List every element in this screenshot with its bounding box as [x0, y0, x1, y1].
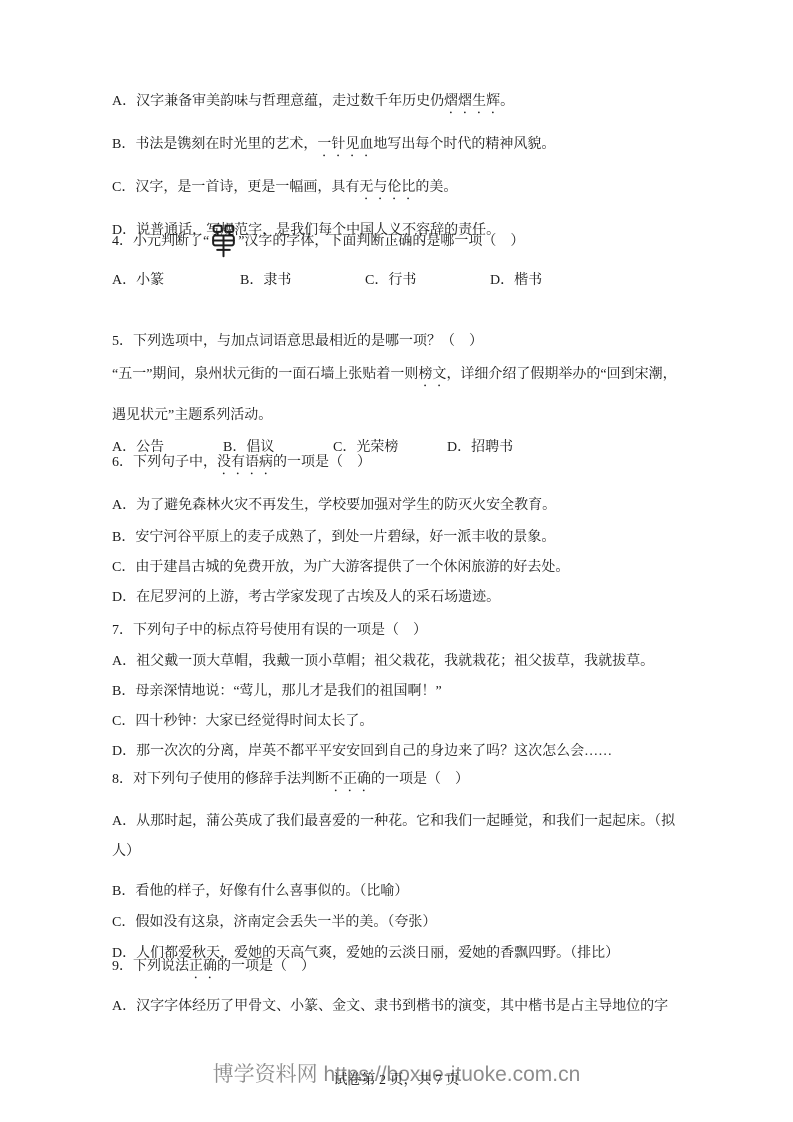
question-9: 9．下列说法正确的一项是（ ） A．汉字字体经历了甲骨文、小篆、金文、隶书到楷书…: [112, 956, 772, 1017]
q6-option-b: B．安宁河谷平原上的麦子成熟了，到处一片碧绿，好一派丰收的景象。: [112, 527, 772, 548]
q5-body-line-1: “五一”期间，泉州状元街的一面石墙上张贴着一则榜文，详细介绍了假期举办的“回到宋…: [112, 364, 772, 390]
question-4: 4．小元判断了“”汉字的字体，下面判断正确的是哪一项（ ） A．小篆 B．隶书 …: [112, 220, 772, 291]
q4-option-b: B．隶书: [240, 270, 365, 291]
q3-option-a: A．汉字兼备审美韵味与哲理意蕴，走过数千年历史仍熠熠生辉。: [112, 91, 772, 117]
exam-page: A．汉字兼备审美韵味与哲理意蕴，走过数千年历史仍熠熠生辉。 B．书法是镌刻在时光…: [0, 0, 793, 1122]
page-number-footer: 试卷第 2 页，共 7 页: [0, 1069, 793, 1089]
q8-title: 8．对下列句子使用的修辞手法判断不正确的一项是（ ）: [112, 769, 772, 795]
question-7: 7．下列句子中的标点符号使用有误的一项是（ ） A．祖父戴一顶大草帽，我戴一顶小…: [112, 620, 772, 762]
seal-script-character-icon: [210, 222, 237, 258]
q9-option-a: A．汉字字体经历了甲骨文、小篆、金文、隶书到楷书的演变，其中楷书是占主导地位的字: [112, 996, 772, 1017]
q6-option-d: D．在尼罗河的上游，考古学家发现了古埃及人的采石场遗迹。: [112, 587, 772, 608]
question-5: 5．下列选项中，与加点词语意思最相近的是哪一项？（ ） “五一”期间，泉州状元街…: [112, 331, 772, 458]
q4-option-c: C．行书: [365, 270, 490, 291]
q9-title: 9．下列说法正确的一项是（ ）: [112, 956, 772, 982]
question-6: 6．下列句子中，没有语病的一项是（ ） A．为了避免森林火灾不再发生，学校要加强…: [112, 452, 772, 608]
q4-options-row: A．小篆 B．隶书 C．行书 D．楷书: [112, 270, 772, 291]
q7-option-d: D．那一次次的分离，岸英不都平平安安回到自己的身边来了吗？这次怎么会……: [112, 741, 772, 762]
q8-option-b: B．看他的样子，好像有什么喜事似的。（比喻）: [112, 881, 772, 902]
q4-option-a: A．小篆: [112, 270, 240, 291]
q6-title: 6．下列句子中，没有语病的一项是（ ）: [112, 452, 772, 478]
q5-body-line-2: 遇见状元”主题系列活动。: [112, 405, 772, 426]
q4-option-d: D．楷书: [490, 270, 542, 291]
q7-option-a: A．祖父戴一顶大草帽，我戴一顶小草帽；祖父栽花，我就栽花；祖父拔草，我就拔草。: [112, 651, 772, 672]
q3-option-b: B．书法是镌刻在时光里的艺术，一针见血地写出每个时代的精神风貌。: [112, 134, 772, 160]
q4-title: 4．小元判断了“”汉字的字体，下面判断正确的是哪一项（ ）: [112, 220, 772, 264]
q8-option-a-line-1: A．从那时起，蒲公英成了我们最喜爱的一种花。它和我们一起睡觉，和我们一起起床。（…: [112, 807, 772, 837]
q6-option-c: C．由于建昌古城的免费开放，为广大游客提供了一个休闲旅游的好去处。: [112, 557, 772, 578]
q7-title: 7．下列句子中的标点符号使用有误的一项是（ ）: [112, 620, 772, 641]
q7-option-b: B．母亲深情地说：“莺儿，那儿才是我们的祖国啊！”: [112, 681, 772, 702]
q5-title: 5．下列选项中，与加点词语意思最相近的是哪一项？（ ）: [112, 331, 772, 352]
question-8: 8．对下列句子使用的修辞手法判断不正确的一项是（ ） A．从那时起，蒲公英成了我…: [112, 769, 772, 964]
q8-option-c: C．假如没有这泉，济南定会丢失一半的美。（夸张）: [112, 912, 772, 933]
q3-option-c: C．汉字，是一首诗，更是一幅画，具有无与伦比的美。: [112, 177, 772, 203]
q6-option-a: A．为了避免森林火灾不再发生，学校要加强对学生的防灭火安全教育。: [112, 495, 772, 516]
q8-option-a-line-2: 人）: [112, 837, 772, 867]
q7-option-c: C．四十秒钟：大家已经觉得时间太长了。: [112, 711, 772, 732]
